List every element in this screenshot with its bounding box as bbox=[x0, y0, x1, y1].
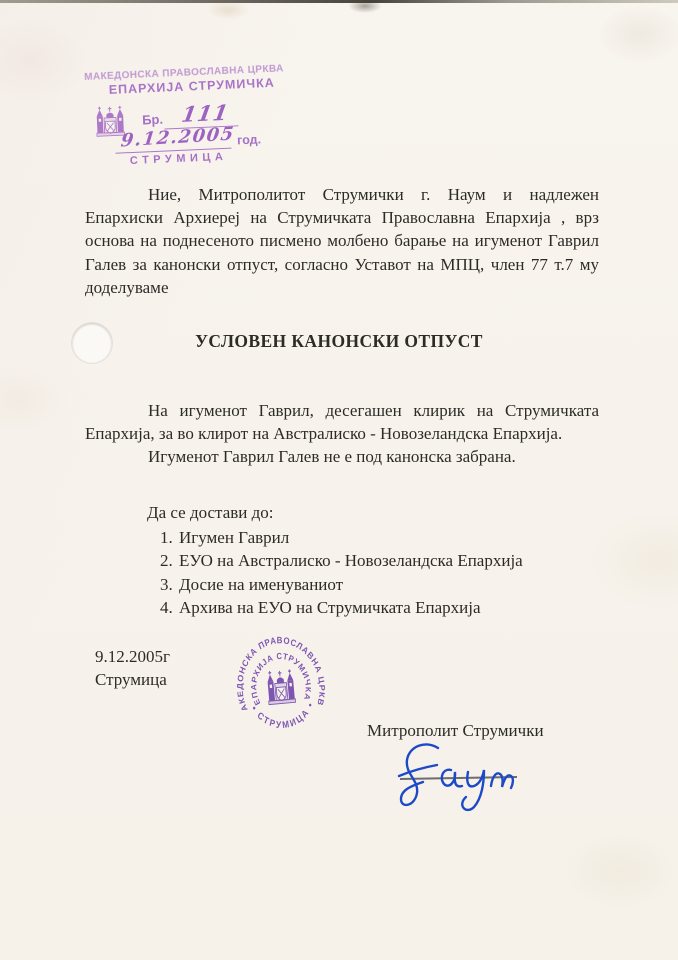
distribution-heading: Да се достави до: bbox=[147, 501, 523, 524]
distribution-item: ЕУО на Австралиско - Новозеландска Епарх… bbox=[177, 549, 523, 572]
distribution-list: Игумен ГаврилЕУО на Австралиско - Новозе… bbox=[147, 526, 523, 619]
signature-title: Митрополит Струмички bbox=[367, 721, 544, 741]
distribution-item: Архива на ЕУО на Струмичката Епархија bbox=[177, 596, 523, 619]
issue-date: 9.12.2005г bbox=[95, 645, 170, 668]
distribution-item: Досие на именуваниот bbox=[177, 573, 523, 596]
church-emblem-icon bbox=[266, 669, 296, 705]
intro-paragraph-block: Ние, Митрополитот Струмички г. Наум и на… bbox=[85, 183, 599, 299]
issue-place: Струмица bbox=[95, 668, 170, 691]
distribution-item: Игумен Гаврил bbox=[177, 526, 523, 549]
document-title: УСЛОВЕН КАНОНСКИ ОТПУСТ bbox=[0, 331, 678, 352]
stamp-year-suffix: год. bbox=[237, 132, 262, 147]
no-ban-paragraph: Игуменот Гаврил Галев не е под канонска … bbox=[85, 445, 599, 468]
signature-handwritten bbox=[396, 740, 518, 824]
issue-block: 9.12.2005г Струмица bbox=[95, 645, 170, 691]
stamp-number-value-handwritten: 111 bbox=[180, 100, 231, 127]
header-registry-stamp: МАКЕДОНСКА ПРАВОСЛАВНА ЦРКВА ЕПАРХИЈА СТ… bbox=[84, 63, 288, 174]
scan-edge-artifact bbox=[0, 0, 678, 3]
distribution-section: Да се достави до: Игумен ГаврилЕУО на Ав… bbox=[147, 501, 523, 619]
decision-paragraph-block: На игуменот Гаврил, десегашен клирик на … bbox=[85, 399, 599, 469]
scanned-document-page: МАКЕДОНСКА ПРАВОСЛАВНА ЦРКВА ЕПАРХИЈА СТ… bbox=[0, 0, 678, 960]
stamp-city: СТРУМИЦА bbox=[130, 151, 228, 167]
intro-paragraph: Ние, Митрополитот Струмички г. Наум и на… bbox=[85, 183, 599, 299]
decision-paragraph: На игуменот Гаврил, десегашен клирик на … bbox=[85, 399, 599, 445]
stamp-number-label: Бр. bbox=[142, 112, 164, 128]
round-seal-stamp: МАКЕДОНСКА ПРАВОСЛАВНА ЦРКВА ЕПАРХИЈА СТ… bbox=[228, 628, 333, 748]
